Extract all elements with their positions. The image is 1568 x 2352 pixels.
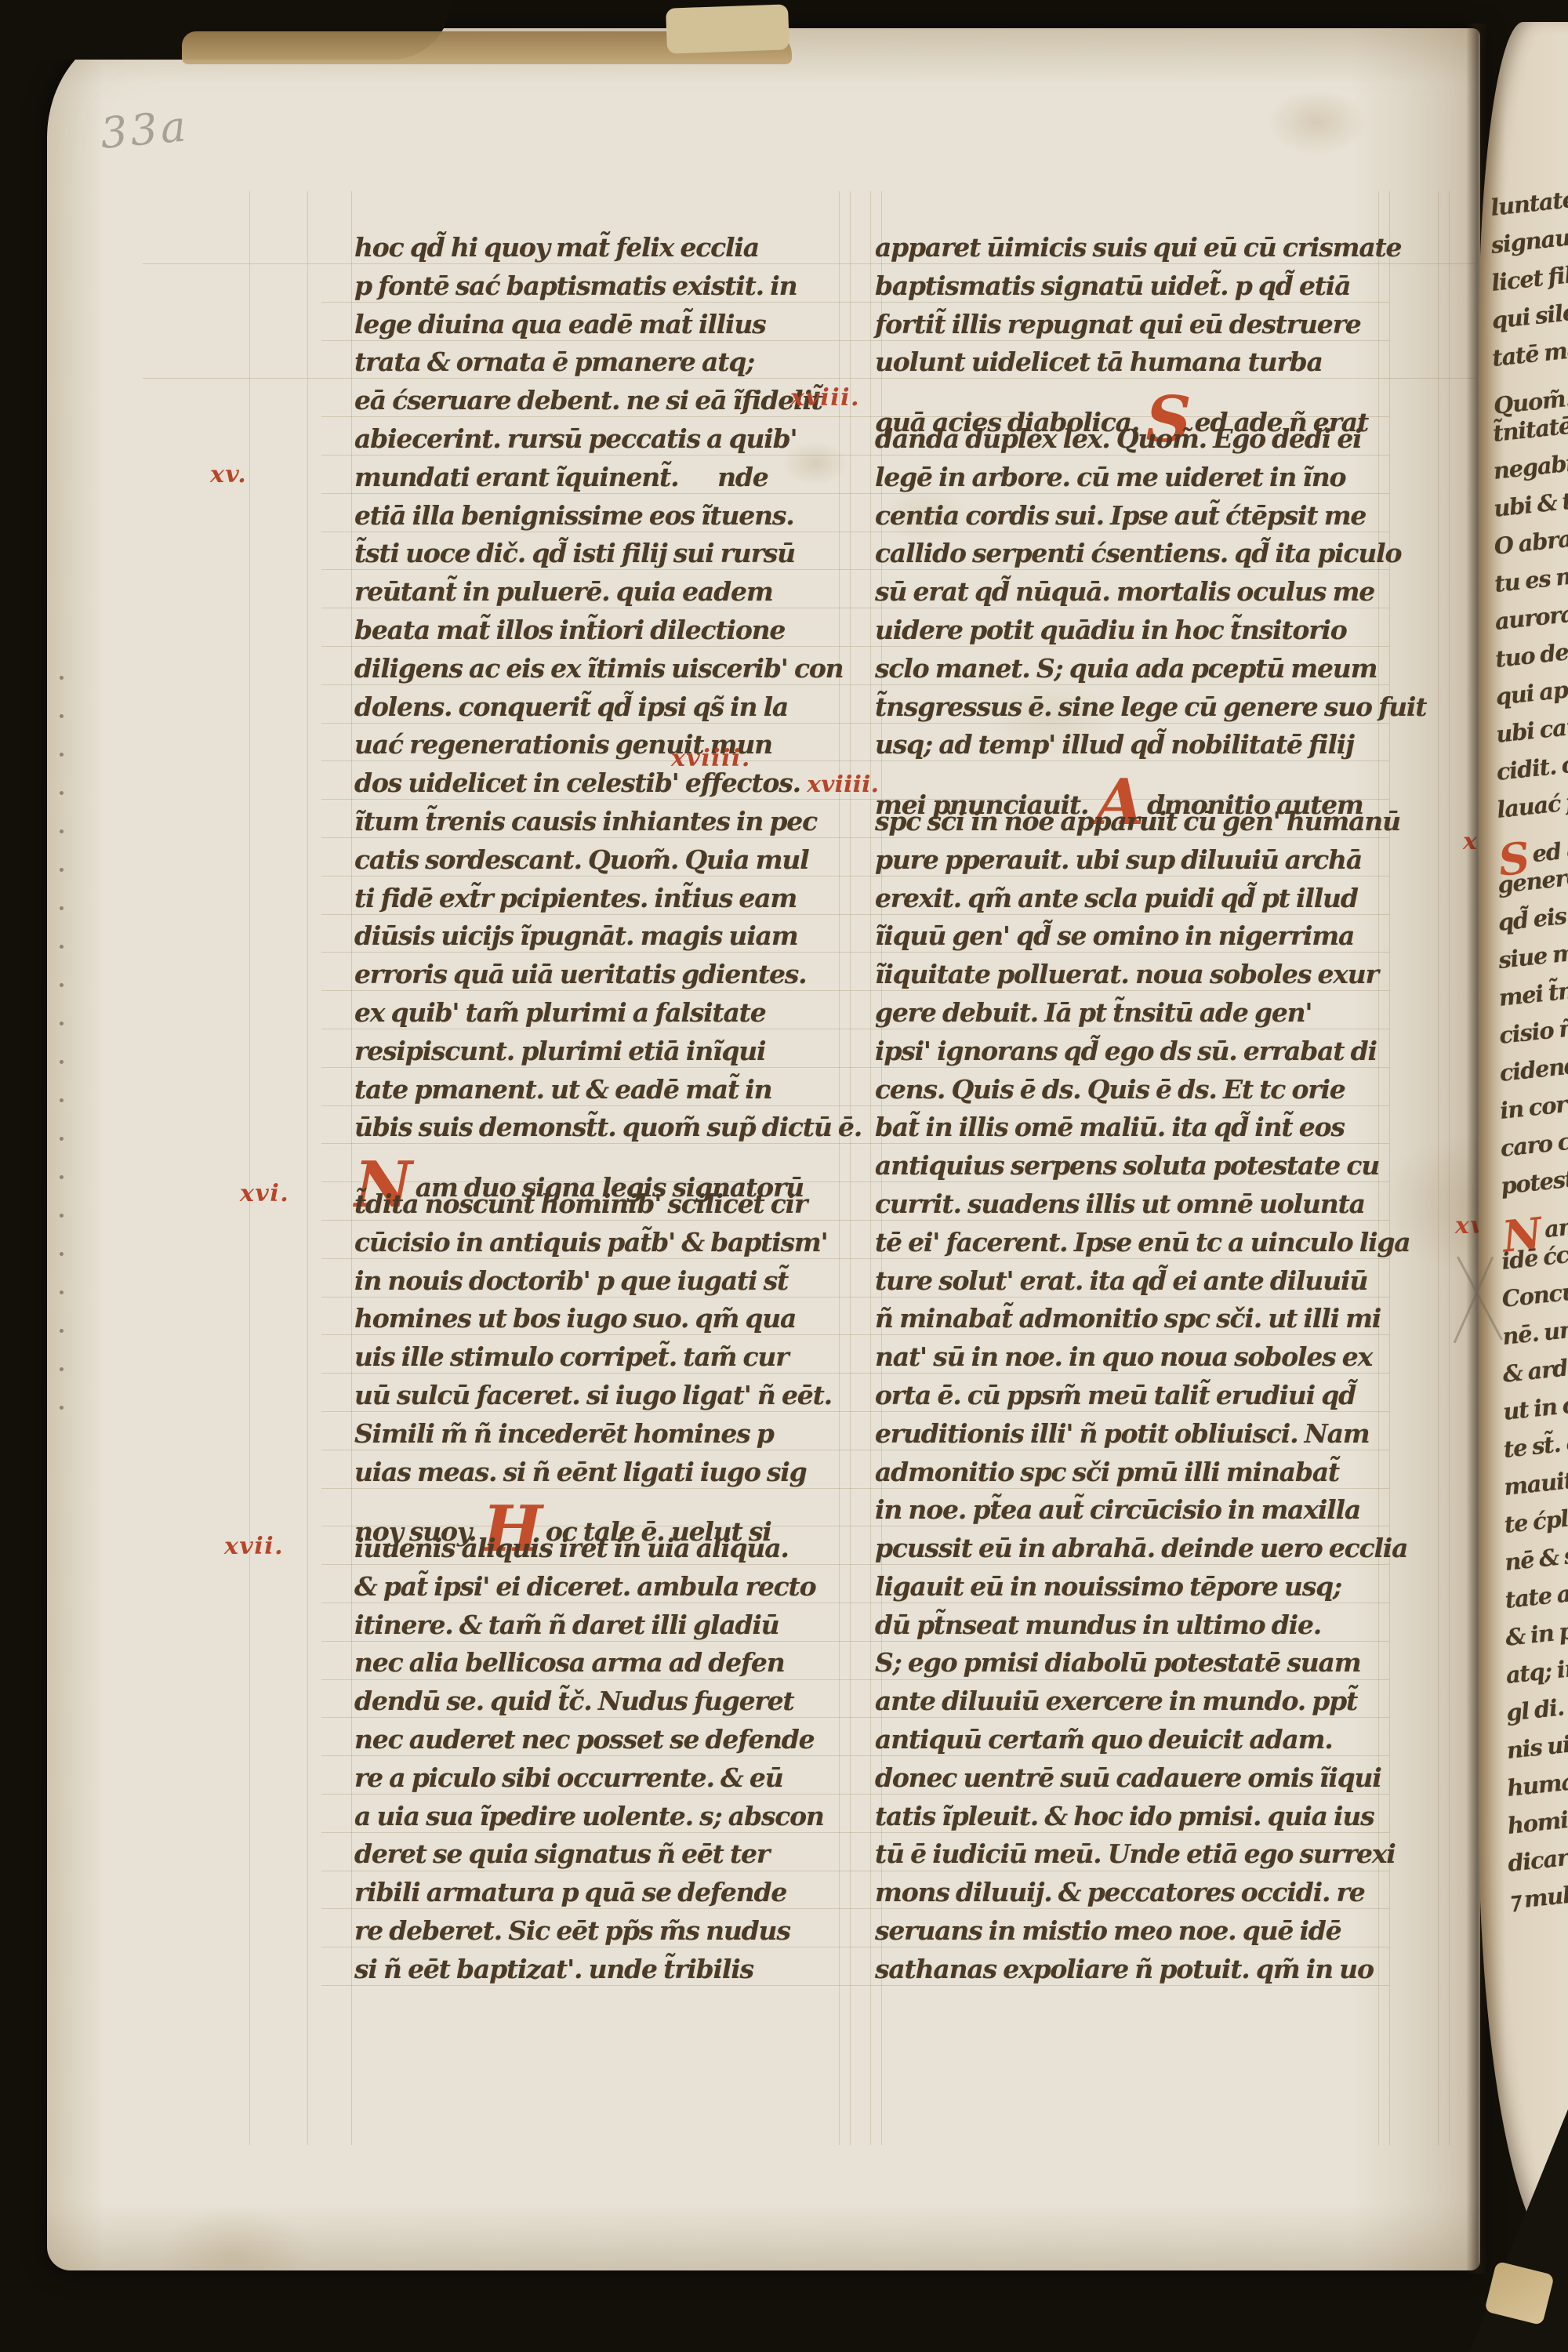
text-segment: a uia sua ĩpedire uolente. s; abscon xyxy=(354,1801,824,1831)
text-segment: dos uidelicet in celestib' effectos. xyxy=(354,768,800,798)
text-line: danda duplex lex. Quom̃. Ego dedi ei xyxy=(875,423,1383,462)
text-line: S; ego pmisi diabolū potestatē suam xyxy=(875,1647,1383,1686)
text-line: sclo manet. S; quia ada pceptū meum xyxy=(875,653,1383,691)
manuscript-photo: 33a hoc qd̃ hi quoy mat̃ felix eccliap f… xyxy=(0,0,1568,2352)
text-line: t̃sti uoce dič. qd̃ isti filij sui rursū xyxy=(354,538,842,576)
text-line: legē in arbore. cū me uideret in ĩno xyxy=(875,462,1383,500)
text-segment: cens. Quis ē ds. Quis ē ds. Et tc orie xyxy=(875,1074,1345,1105)
prick-hole xyxy=(60,1060,64,1064)
text-line: currit. suadens illis ut omnē uolunta xyxy=(875,1189,1383,1227)
text-segment: am iur t xyxy=(1543,1207,1568,1243)
text-segment: eruditionis illi' ñ potit obliuisci. Nam xyxy=(875,1418,1370,1449)
text-segment: pcussit eū in abrahā. deinde uero ecclia xyxy=(875,1533,1407,1563)
text-segment: resipiscunt. plurimi etiā inĩqui xyxy=(354,1036,765,1066)
text-segment: uidere potit quādiu in hoc t̃nsitorio xyxy=(875,615,1347,645)
text-segment: ribili armatura p quā se defende xyxy=(354,1877,786,1907)
text-segment: eā ćseruare debent. ne si eā ĩfidelit̃ xyxy=(354,385,822,416)
text-segment: ante diluuiū exercere in mundo. ppt̃ xyxy=(875,1686,1357,1716)
text-segment: catis sordescant. Quom̃. Quia mul xyxy=(354,844,808,875)
text-line: reūtant̃ in puluerē. quia eadem xyxy=(354,576,842,615)
text-segment: antiquius serpens soluta potestate cu xyxy=(875,1150,1379,1181)
text-line: tū ē iudiciū meū. Unde etiā ego surrexi xyxy=(875,1838,1383,1877)
text-segment: ĩtum t̃renis causis inhiantes in pec xyxy=(354,806,817,837)
text-segment: & pat̃ ipsi' ei diceret. ambula recto xyxy=(354,1571,815,1602)
text-line: etiā illa benignissime eos ĩtuens. xyxy=(354,500,842,539)
prick-hole xyxy=(60,1175,64,1179)
text-line: eruditionis illi' ñ potit obliuisci. Nam xyxy=(875,1418,1383,1457)
text-segment: ñ minabat̃ admonitio spc sči. ut illi mi xyxy=(875,1303,1381,1334)
text-segment: tate pmanent. ut & eadē mat̃ in xyxy=(354,1074,771,1105)
text-line: admonitio spc sči pmū illi minabat̃ xyxy=(875,1457,1383,1495)
text-segment: ed qui n xyxy=(1531,831,1568,867)
text-line: uać regenerationis genuit mun xyxy=(354,729,842,768)
text-segment: tatis ĩpleuit. & hoc ido pmisi. quia ius xyxy=(875,1801,1374,1831)
text-line: dendū se. quid t̃č. Nudus fugeret xyxy=(354,1686,842,1724)
text-line: ĩtum t̃renis causis inhiantes in pec xyxy=(354,806,842,844)
rule-line xyxy=(351,191,352,2145)
text-line: antiquū certam̃ quo deuicit adam. xyxy=(875,1724,1383,1762)
text-segment: nec auderet nec posset se defende xyxy=(354,1724,814,1755)
text-line: dolens. conquerit̃ qd̃ ipsi qs̃ in la xyxy=(354,691,842,730)
text-segment: uis ille stimulo corripet̃. tam̃ cur xyxy=(354,1341,788,1372)
text-line: apparet ūimicis suis qui eū cū crismate xyxy=(875,232,1383,270)
text-segment: tū ē iudiciū meū. Unde etiā ego surrexi xyxy=(875,1838,1396,1869)
text-segment: erexit. qm̃ ante scla puidi qd̃ pt illud xyxy=(875,883,1358,913)
text-line: nec auderet nec posset se defende xyxy=(354,1724,842,1762)
text-segment: orta ē. cū ppsm̃ meū talit̃ erudiui qd̃ xyxy=(875,1380,1356,1410)
text-segment: tē ei' facerent. Ipse enū tc a uinculo l… xyxy=(875,1227,1410,1258)
prick-hole xyxy=(60,791,64,795)
prick-hole xyxy=(60,829,64,833)
text-line: mons diluuij. & peccatores occidi. re xyxy=(875,1877,1383,1915)
text-line: uū sulcū faceret. si iugo ligat' ñ eēt. xyxy=(354,1380,842,1418)
text-line: sathanas expoliare ñ potuit. qm̃ in uo xyxy=(875,1954,1383,1992)
text-segment: deret se quia signatus ñ eēt ter xyxy=(354,1838,769,1869)
text-line: ex quib' tam̃ plurimi a falsitate xyxy=(354,997,842,1036)
text-segment: ūbis suis demonst̃t. quom̃ sup̃ dictū ē. xyxy=(354,1112,862,1142)
text-line: & pat̃ ipsi' ei diceret. ambula recto xyxy=(354,1571,842,1610)
text-line: ti fidē ext̃r pcipientes. int̃ius eam xyxy=(354,883,842,921)
text-segment: uolunt uidelicet tā humana turba xyxy=(875,347,1323,377)
text-line: a uia sua ĩpedire uolente. s; abscon xyxy=(354,1801,842,1839)
chapter-numeral-gutter-xviii: xviii. xyxy=(790,384,860,412)
text-line: t̃nsgressus ē. sine lege cū genere suo f… xyxy=(875,691,1383,730)
text-line: homines ut bos iugo suo. qm̃ qua xyxy=(354,1303,842,1341)
text-line: abiecerint. rursū peccatis a quib' xyxy=(354,423,842,462)
text-line: hoc qd̃ hi quoy mat̃ felix ecclia xyxy=(354,232,842,270)
text-segment: uū sulcū faceret. si iugo ligat' ñ eēt. xyxy=(354,1380,832,1410)
text-segment: donec uentrē suū cadauere omis ĩiqui xyxy=(875,1762,1381,1793)
text-line: Nam duo signa legis signatorū xyxy=(354,1150,842,1189)
text-segment: cūcisio in antiquis pat̃b' & baptism' xyxy=(354,1227,828,1258)
text-line: ñ minabat̃ admonitio spc sči. ut illi mi xyxy=(875,1303,1383,1341)
text-segment: Simili m̃ ñ incederēt homines p xyxy=(354,1418,774,1449)
text-segment: beata mat̃ illos int̃iori dilectione xyxy=(354,615,785,645)
text-line: pure pperauit. ubi sup diluuiū archā xyxy=(875,844,1383,883)
text-line: resipiscunt. plurimi etiā inĩqui xyxy=(354,1036,842,1074)
prick-hole xyxy=(60,1329,64,1333)
text-line: re a piculo sibi occurrente. & eū xyxy=(354,1762,842,1801)
text-line: mundati erant ĩquinent̃. nde xyxy=(354,462,842,500)
text-segment: ture solut' erat. ita qd̃ ei ante diluui… xyxy=(875,1265,1367,1296)
prick-hole xyxy=(60,1252,64,1256)
text-segment: dendū se. quid t̃č. Nudus fugeret xyxy=(354,1686,793,1716)
text-segment: S; ego pmisi diabolū potestatē suam xyxy=(875,1647,1360,1678)
text-segment: sclo manet. S; quia ada pceptū meum xyxy=(875,653,1377,684)
text-line: sū erat qd̃ nūquā. mortalis oculus me xyxy=(875,576,1383,615)
folio-number-pencil: 33a xyxy=(98,101,191,158)
text-segment: centia cordis sui. Ipse aut̃ ćtēpsit me xyxy=(875,500,1366,531)
rule-line xyxy=(307,191,308,2145)
rule-line xyxy=(249,191,250,2145)
text-line: in noe. pt̃ea aut̃ circūcisio in maxilla xyxy=(875,1494,1383,1533)
text-segment: fortit̃ illis repugnat qui eū destruere xyxy=(875,309,1361,339)
text-segment: nat' sū in noe. in quo noua soboles ex xyxy=(875,1341,1372,1372)
text-segment: antiquū certam̃ quo deuicit adam. xyxy=(875,1724,1333,1755)
text-line: tate pmanent. ut & eadē mat̃ in xyxy=(354,1074,842,1112)
chapter-numeral-left-xv: xv. xyxy=(210,461,247,488)
rule-line xyxy=(870,191,871,2145)
text-line: itinere. & tam̃ ñ daret illi gladiū xyxy=(354,1610,842,1648)
text-line: cūcisio in antiquis pat̃b' & baptism' xyxy=(354,1227,842,1265)
text-segment: re a piculo sibi occurrente. & eū xyxy=(354,1762,783,1793)
text-segment: admonitio spc sči pmū illi minabat̃ xyxy=(875,1457,1339,1487)
prick-hole xyxy=(60,1214,64,1218)
text-segment: ex quib' tam̃ plurimi a falsitate xyxy=(354,997,766,1028)
text-line: iuuenis aliquis iret in uia aliqua. xyxy=(354,1533,842,1571)
text-segment: bat̃ in illis omē maliū. ita qd̃ int̃ eo… xyxy=(875,1112,1345,1142)
prick-hole xyxy=(60,753,64,757)
text-segment: hoc qd̃ hi quoy mat̃ felix ecclia xyxy=(354,232,759,263)
text-line: beata mat̃ illos int̃iori dilectione xyxy=(354,615,842,653)
text-segment: mundati erant ĩquinent̃. nde xyxy=(354,462,768,492)
text-line: deret se quia signatus ñ eēt ter xyxy=(354,1838,842,1877)
text-line: Simili m̃ ñ incederēt homines p xyxy=(354,1418,842,1457)
text-segment: reūtant̃ in puluerē. quia eadem xyxy=(354,576,773,607)
rule-line xyxy=(1449,191,1450,2145)
text-segment: apparet ūimicis suis qui eū cū crismate xyxy=(875,232,1401,263)
text-segment: legē in arbore. cū me uideret in ĩno xyxy=(875,462,1345,492)
text-line: re deberet. Sic eēt pp̃s m̃s nudus xyxy=(354,1915,842,1954)
prick-hole xyxy=(60,1367,64,1371)
text-line: orta ē. cū ppsm̃ meū talit̃ erudiui qd̃ xyxy=(875,1380,1383,1418)
prick-hole xyxy=(60,714,64,718)
text-line: uias meas. si ñ eēnt ligati iugo sig xyxy=(354,1457,842,1495)
text-line: ligauit eū in nouissimo tēpore usq; xyxy=(875,1571,1383,1610)
text-line: lege diuina qua eadē mat̃ illius xyxy=(354,309,842,347)
text-segment: lege diuina qua eadē mat̃ illius xyxy=(354,309,766,339)
text-line: ūbis suis demonst̃t. quom̃ sup̃ dictū ē. xyxy=(354,1112,842,1150)
page-top-edge-fragment xyxy=(666,4,789,53)
text-line: usq; ad temp' illud qd̃ nobilitatē filij xyxy=(875,729,1383,768)
text-line: eā ćseruare debent. ne si eā ĩfidelit̃ xyxy=(354,385,842,423)
text-segment: trata & ornata ē pmanere atq; xyxy=(354,347,754,377)
text-segment: uias meas. si ñ eēnt ligati iugo sig xyxy=(354,1457,807,1487)
text-line: catis sordescant. Quom̃. Quia mul xyxy=(354,844,842,883)
text-line: uidere potit quādiu in hoc t̃nsitorio xyxy=(875,615,1383,653)
text-line: nec alia bellicosa arma ad defen xyxy=(354,1647,842,1686)
text-segment: gere debuit. Iā pt t̃nsitū ade gen' xyxy=(875,997,1312,1028)
text-segment: t̃dita noscunt̃ hominib' scilicet cir xyxy=(354,1189,807,1219)
text-segment: pure pperauit. ubi sup diluuiū archā xyxy=(875,844,1362,875)
text-line: cens. Quis ē ds. Quis ē ds. Et tc orie xyxy=(875,1074,1383,1112)
text-line: antiquius serpens soluta potestate cu xyxy=(875,1150,1383,1189)
prick-hole xyxy=(60,1022,64,1025)
text-segment: sathanas expoliare ñ potuit. qm̃ in uo xyxy=(875,1954,1374,1984)
text-line: callido serpenti ćsentiens. qd̃ ita picu… xyxy=(875,538,1383,576)
text-segment: in noe. pt̃ea aut̃ circūcisio in maxilla xyxy=(875,1494,1360,1525)
text-line: donec uentrē suū cadauere omis ĩiqui xyxy=(875,1762,1383,1801)
text-segment: abiecerint. rursū peccatis a quib' xyxy=(354,423,797,454)
text-line: fortit̃ illis repugnat qui eū destruere xyxy=(875,309,1383,347)
prick-hole xyxy=(60,1406,64,1410)
text-line: t̃dita noscunt̃ hominib' scilicet cir xyxy=(354,1189,842,1227)
text-line: baptismatis signatū uidet̃. p qd̃ etiā xyxy=(875,270,1383,309)
text-segment: etiā illa benignissime eos ĩtuens. xyxy=(354,500,794,531)
text-segment: iuuenis aliquis iret in uia aliqua. xyxy=(354,1533,789,1563)
text-segment: t̃nsgressus ē. sine lege cū genere suo f… xyxy=(875,691,1426,722)
text-line: erexit. qm̃ ante scla puidi qd̃ pt illud xyxy=(875,883,1383,921)
text-segment: in nouis doctorib' p que iugati st̃ xyxy=(354,1265,788,1296)
text-line: p fontē sać baptismatis existit. in xyxy=(354,270,842,309)
text-line: ante diluuiū exercere in mundo. ppt̃ xyxy=(875,1686,1383,1724)
rubric-inline-numeral: xviiii. xyxy=(800,771,880,797)
text-segment: callido serpenti ćsentiens. qd̃ ita picu… xyxy=(875,538,1401,568)
prick-hole xyxy=(60,676,64,680)
text-segment: re deberet. Sic eēt pp̃s m̃s nudus xyxy=(354,1915,790,1946)
text-segment: homines ut bos iugo suo. qm̃ qua xyxy=(354,1303,796,1334)
text-segment: dū pt̃nseat mundus in ultimo die. xyxy=(875,1610,1321,1640)
text-segment: ligauit eū in nouissimo tēpore usq; xyxy=(875,1571,1341,1602)
text-line: pcussit eū in abrahā. deinde uero ecclia xyxy=(875,1533,1383,1571)
text-column-right: apparet ūimicis suis qui eū cū crismateb… xyxy=(875,232,1383,1992)
text-segment: dolens. conquerit̃ qd̃ ipsi qs̃ in la xyxy=(354,691,788,722)
text-segment: p fontē sać baptismatis existit. in xyxy=(354,270,797,301)
prick-hole xyxy=(60,983,64,987)
text-line: spc sči in noe apparuit cū gen' humanū xyxy=(875,806,1383,844)
text-line: bat̃ in illis omē maliū. ita qd̃ int̃ eo… xyxy=(875,1112,1383,1150)
text-line: trata & ornata ē pmanere atq; xyxy=(354,347,842,385)
prick-hole xyxy=(60,1098,64,1102)
text-segment: itinere. & tam̃ ñ daret illi gladiū xyxy=(354,1610,779,1640)
text-line: gere debuit. Iā pt t̃nsitū ade gen' xyxy=(875,997,1383,1036)
text-segment: diūsis uicijs ĩpugnāt. magis uiam xyxy=(354,920,797,951)
prick-hole xyxy=(60,1137,64,1141)
text-segment: erroris quā uiā ueritatis gdientes. xyxy=(354,959,806,989)
text-segment: sū erat qd̃ nūquā. mortalis oculus me xyxy=(875,576,1374,607)
rule-line xyxy=(1438,191,1439,2145)
text-line: ribili armatura p quā se defende xyxy=(354,1877,842,1915)
prick-hole xyxy=(60,945,64,949)
text-line: mei pnunciauit. Admonitio autem xyxy=(875,768,1383,806)
text-segment: baptismatis signatū uidet̃. p qd̃ etiā xyxy=(875,270,1350,301)
text-line: diligens ac eis ex ĩtimis uiscerib' con xyxy=(354,653,842,691)
prick-hole xyxy=(60,1290,64,1294)
text-line: si ñ eēt baptizat'. unde t̃ribilis xyxy=(354,1954,842,1992)
text-segment: seruans in mistio meo noe. quē idē xyxy=(875,1915,1341,1946)
chapter-numeral-left-xvii: xvii. xyxy=(224,1533,284,1560)
text-line: seruans in mistio meo noe. quē idē xyxy=(875,1915,1383,1954)
text-segment: currit. suadens illis ut omnē uolunta xyxy=(875,1189,1365,1219)
text-segment: ipsi' ignorans qd̃ ego ds sū. errabat di xyxy=(875,1036,1377,1066)
text-segment: t̃sti uoce dič. qd̃ isti filij sui rursū xyxy=(354,538,795,568)
text-segment: si ñ eēt baptizat'. unde t̃ribilis xyxy=(354,1954,753,1984)
text-column-left: hoc qd̃ hi quoy mat̃ felix eccliap fontē… xyxy=(354,232,842,1992)
text-segment: usq; ad temp' illud qd̃ nobilitatē filij xyxy=(875,729,1354,760)
prick-hole xyxy=(60,906,64,910)
text-segment: diligens ac eis ex ĩtimis uiscerib' con xyxy=(354,653,843,684)
text-column-next-page: luntate mea isignaui in dilulicet filiū … xyxy=(1491,194,1568,1926)
text-line: ipsi' ignorans qd̃ ego ds sū. errabat di xyxy=(875,1036,1383,1074)
rule-line xyxy=(850,191,851,2145)
text-line: in nouis doctorib' p que iugati st̃ xyxy=(354,1265,842,1304)
text-line: uolunt uidelicet tā humana turba xyxy=(875,347,1383,385)
text-segment: mons diluuij. & peccatores occidi. re xyxy=(875,1877,1365,1907)
text-line: diūsis uicijs ĩpugnāt. magis uiam xyxy=(354,920,842,959)
text-segment: ĩiquitate polluerat. noua soboles exur xyxy=(875,959,1378,989)
text-line: tē ei' facerent. Ipse enū tc a uinculo l… xyxy=(875,1227,1383,1265)
text-line: dū pt̃nseat mundus in ultimo die. xyxy=(875,1610,1383,1648)
text-line: ĩiquitate polluerat. noua soboles exur xyxy=(875,959,1383,997)
prick-hole xyxy=(60,868,64,872)
text-line: quā acies diabolica. Sed ade ñ erat xyxy=(875,385,1383,423)
chapter-numeral-inline-xviiii: xviiii. xyxy=(671,745,751,772)
text-segment: danda duplex lex. Quom̃. Ego dedi ei xyxy=(875,423,1362,454)
text-line: erroris quā uiā ueritatis gdientes. xyxy=(354,959,842,997)
text-line: ĩiquū gen' qd̃ se omino in nigerrima xyxy=(875,920,1383,959)
text-segment: ĩiquū gen' qd̃ se omino in nigerrima xyxy=(875,920,1354,951)
text-line: uis ille stimulo corripet̃. tam̃ cur xyxy=(354,1341,842,1380)
text-line: centia cordis sui. Ipse aut̃ ćtēpsit me xyxy=(875,500,1383,539)
text-line: noy suoy. Hoc tale ē. uelut si xyxy=(354,1494,842,1533)
text-line: dos uidelicet in celestib' effectos. xvi… xyxy=(354,768,842,806)
text-segment: spc sči in noe apparuit cū gen' humanū xyxy=(875,806,1400,837)
text-segment: ti fidē ext̃r pcipientes. int̃ius eam xyxy=(354,883,797,913)
text-line: ture solut' erat. ita qd̃ ei ante diluui… xyxy=(875,1265,1383,1304)
chapter-numeral-left-xvi: xvi. xyxy=(240,1180,289,1207)
text-line: nat' sū in noe. in quo noua soboles ex xyxy=(875,1341,1383,1380)
text-line: tatis ĩpleuit. & hoc ido pmisi. quia ius xyxy=(875,1801,1383,1839)
text-segment: nec alia bellicosa arma ad defen xyxy=(354,1647,784,1678)
